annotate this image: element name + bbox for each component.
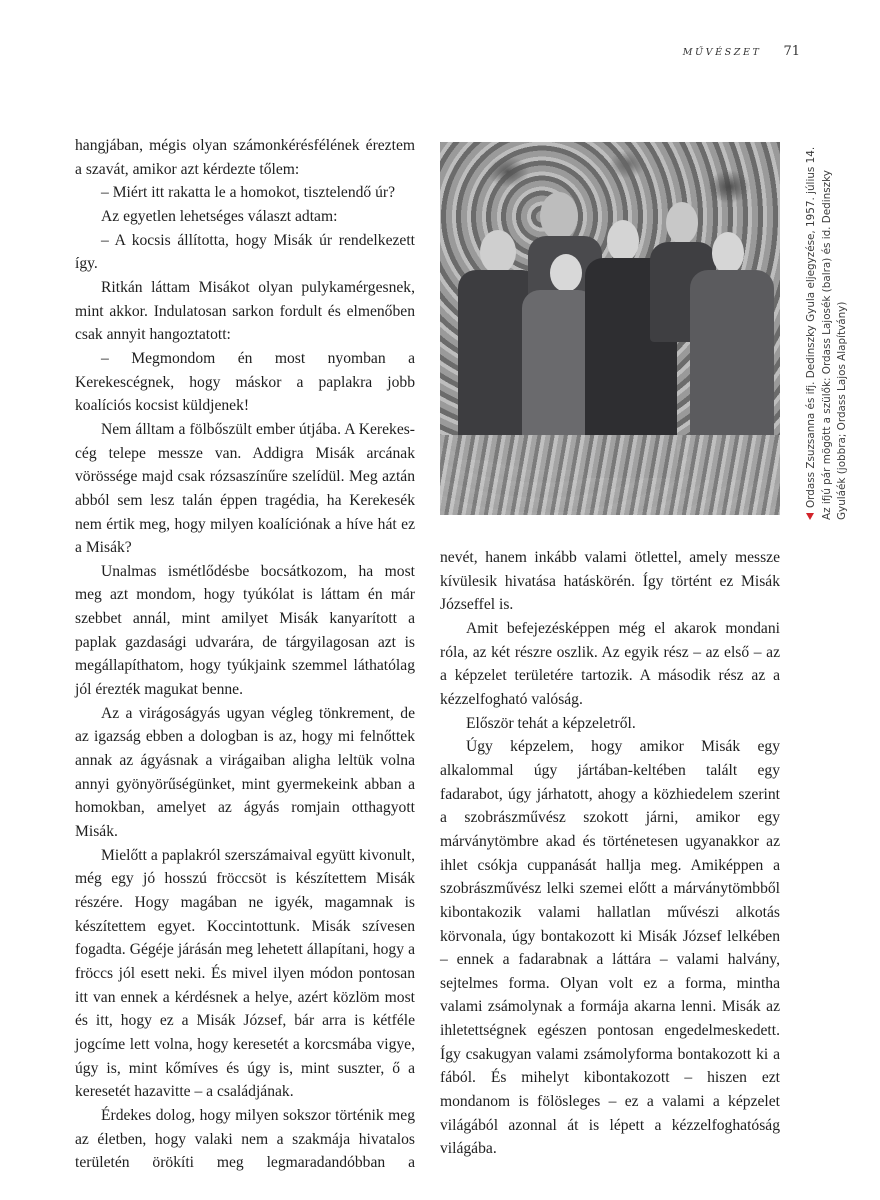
paragraph: Ritkán láttam Misákot olyan pulykamérges… [75, 276, 415, 347]
paragraph: Amit befejezésképpen még el akarok monda… [440, 617, 780, 712]
red-triangle-icon [806, 513, 814, 520]
paragraph: nevét, hanem inkább valami ötlettel, ame… [440, 546, 780, 617]
right-text-column: nevét, hanem inkább valami ötlettel, ame… [440, 546, 780, 1161]
paragraph: Nem álltam a fölbőszült ember útjába. A … [75, 418, 415, 560]
paragraph: Az a virágoságyás ugyan végleg tönkremen… [75, 702, 415, 844]
caption-line: Az ifjú pár mögött a szülők: Ordass Lajo… [820, 160, 836, 520]
paragraph: Unalmas ismétlődésbe bocsátkozom, ha mos… [75, 560, 415, 702]
paragraph: Először tehát a képzeletről. [440, 712, 780, 736]
page-number: 71 [783, 44, 800, 59]
left-text-column: hangjában, mégis olyan számonkérésféléne… [75, 134, 415, 1175]
family-photo [440, 142, 780, 515]
paragraph: – Megmondom én most nyomban a Kerekescég… [75, 347, 415, 418]
foreground-bushes [440, 435, 780, 515]
paragraph: – Miért itt rakatta le a homokot, tiszte… [75, 181, 415, 205]
paragraph: Az egyetlen lehetséges választ adtam: [75, 205, 415, 229]
paragraph: hangjában, mégis olyan számonkérésféléne… [75, 134, 415, 181]
paragraph: Mielőtt a paplakról szerszámaival együtt… [75, 844, 415, 1104]
paragraph: Érdekes dolog, hogy milyen sokszor törté… [75, 1104, 415, 1175]
paragraph: – A kocsis állította, hogy Misák úr rend… [75, 229, 415, 276]
book-page: MŰVÉSZET 71 hangjában, mégis olyan számo… [0, 0, 880, 1200]
caption-line: Ordass Zsuzsanna és ifj. Dedinszky Gyula… [805, 147, 817, 508]
paragraph: Úgy képzelem, hogy amikor Misák egy alka… [440, 735, 780, 1161]
photo-caption: Ordass Zsuzsanna és ifj. Dedinszky Gyula… [804, 160, 864, 520]
caption-line: Gyuláék (jobbra; Ordass Lajos Alapítvány… [835, 160, 851, 520]
running-head: MŰVÉSZET 71 [600, 44, 800, 64]
section-name: MŰVÉSZET [683, 47, 762, 58]
